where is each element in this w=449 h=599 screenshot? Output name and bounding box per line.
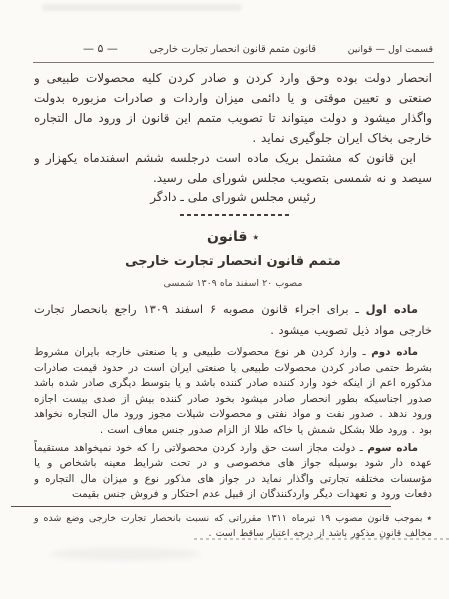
article-2-text: وارد کردن هر نوع محصولات طبیعی و یا صنعت…	[34, 346, 432, 436]
scanned-law-page: قسمت اول — قوانین قانون متمم قانون انحصا…	[0, 0, 449, 599]
article-1: ماده اول ـ برای اجراء قانون مصوبه ۶ اسفن…	[34, 299, 432, 341]
ratification-paragraph: این قانون که مشتمل بریک ماده است درجلسه …	[34, 148, 432, 188]
article-3-dash: ـ	[360, 442, 363, 454]
dotted-divider	[177, 214, 289, 216]
running-head: قسمت اول — قوانین قانون متمم قانون انحصا…	[33, 42, 433, 55]
footnote: ٭بموجب قانون مصوب ۱۹ تیرماه ۱۳۱۱ مقرراتی…	[34, 512, 432, 541]
article-2-dash: ـ	[363, 346, 366, 358]
article-2-label: ماده دوم	[371, 346, 418, 358]
header-rule	[33, 62, 434, 63]
article-2: ماده دوم ـ وارد کردن هر نوع محصولات طبیع…	[34, 345, 432, 439]
law-title: قانون	[207, 229, 247, 245]
footnote-rule	[11, 506, 391, 507]
article-1-dash: ـ	[355, 302, 358, 316]
speaker-signature: رئیس مجلس شورای ملی ـ دادگر	[34, 190, 432, 204]
article-1-label: ماده اول	[366, 302, 418, 316]
scan-artifact-top	[42, 4, 242, 11]
intro-continuation-paragraph: انحصار دولت بوده وحق وارد کردن و صادر کر…	[34, 68, 432, 148]
star-ornament-icon: ٭	[252, 230, 259, 244]
page-body: انحصار دولت بوده وحق وارد کردن و صادر کر…	[34, 68, 432, 505]
page-number: — ۵ —	[83, 42, 118, 55]
footnote-text: بموجب قانون مصوب ۱۹ تیرماه ۱۳۱۱ مقرراتی …	[34, 513, 432, 539]
approval-date: مصوب ۲۰ اسفند ماه ۱۳۰۹ شمسی	[34, 278, 432, 289]
running-title: قانون متمم قانون انحصار تجارت خارجی	[149, 44, 316, 55]
footnote-star-icon: ٭	[427, 513, 432, 524]
law-title-line: ٭قانون	[34, 229, 432, 245]
article-3: ماده سوم ـ دولت مجاز است حق وارد کردن مح…	[34, 441, 432, 503]
law-subtitle: متمم قانون انحصار تجارت خارجی	[34, 254, 432, 269]
section-label: قسمت اول — قوانین	[348, 44, 433, 55]
scan-artifact-bottom-streak	[194, 538, 449, 540]
scan-artifact-bottom-smudge	[50, 548, 200, 560]
article-3-label: ماده سوم	[367, 442, 418, 454]
